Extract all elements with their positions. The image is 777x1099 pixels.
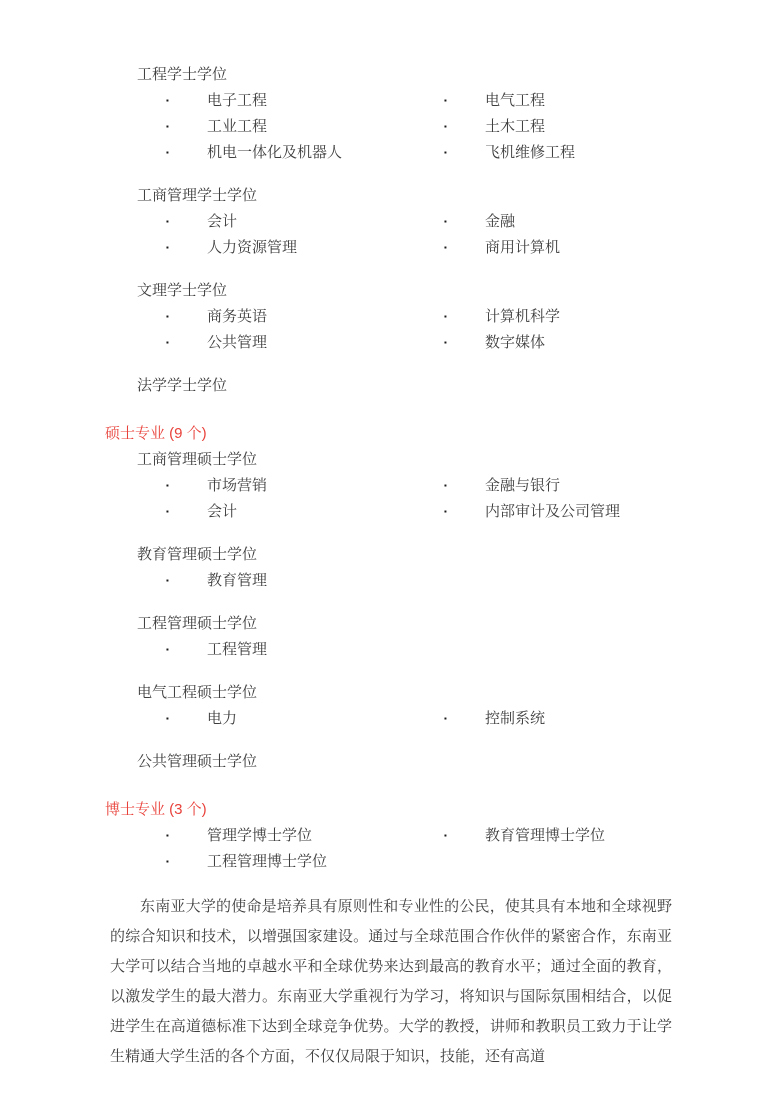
program-item: ▪ 商用计算机	[444, 235, 560, 261]
bullet-icon: ▪	[166, 304, 207, 330]
degree-title: 工程管理硕士学位	[137, 611, 777, 637]
degree-title: 公共管理硕士学位	[137, 749, 777, 775]
program-item: ▪ 会计	[166, 209, 444, 235]
master-section-heading: 硕士专业 (9 个)	[105, 421, 777, 447]
program-item: ▪ 市场营销	[166, 473, 444, 499]
program-label: 市场营销	[207, 473, 267, 499]
program-item: ▪ 数字媒体	[444, 330, 545, 356]
program-item: ▪ 土木工程	[444, 114, 545, 140]
doctoral-degrees-section: ▪ 管理学博士学位 ▪ 教育管理博士学位 ▪ 工程管理博士学位	[0, 823, 777, 875]
degree-group-arts-sciences-bachelor: 文理学士学位 ▪ 商务英语 ▪ 计算机科学 ▪ 公共管理 ▪ 数字媒体	[0, 278, 777, 356]
program-label: 金融与银行	[485, 473, 560, 499]
bullet-icon: ▪	[166, 706, 207, 732]
program-label: 工业工程	[207, 114, 267, 140]
bullet-icon: ▪	[444, 499, 485, 525]
program-label: 会计	[207, 499, 237, 525]
bullet-icon: ▪	[444, 330, 485, 356]
program-row: ▪ 电力 ▪ 控制系统	[166, 706, 777, 732]
program-row: ▪ 教育管理	[166, 568, 777, 594]
program-item: ▪ 人力资源管理	[166, 235, 444, 261]
bullet-icon: ▪	[166, 568, 207, 594]
bullet-icon: ▪	[444, 304, 485, 330]
degree-group-business-bachelor: 工商管理学士学位 ▪ 会计 ▪ 金融 ▪ 人力资源管理 ▪ 商用计算机	[0, 183, 777, 261]
program-row: ▪ 商务英语 ▪ 计算机科学	[166, 304, 777, 330]
bullet-icon: ▪	[444, 114, 485, 140]
program-label: 电子工程	[207, 88, 267, 114]
program-row: ▪ 工业工程 ▪ 土木工程	[166, 114, 777, 140]
program-label: 人力资源管理	[207, 235, 297, 261]
program-item: ▪ 计算机科学	[444, 304, 560, 330]
degree-title: 法学学士学位	[137, 373, 777, 399]
program-label: 内部审计及公司管理	[485, 499, 620, 525]
program-label: 土木工程	[485, 114, 545, 140]
bullet-icon: ▪	[166, 823, 207, 849]
program-item: ▪ 金融与银行	[444, 473, 560, 499]
degree-group-public-admin-master: 公共管理硕士学位	[0, 749, 777, 775]
program-item: ▪ 工程管理博士学位	[166, 849, 444, 875]
program-item: ▪ 教育管理	[166, 568, 444, 594]
degree-title: 工程学士学位	[137, 62, 777, 88]
program-item: ▪ 工程管理	[166, 637, 444, 663]
bullet-icon: ▪	[166, 209, 207, 235]
program-row: ▪ 工程管理博士学位	[166, 849, 777, 875]
degree-group-law-bachelor: 法学学士学位	[0, 373, 777, 399]
bullet-icon: ▪	[166, 114, 207, 140]
mission-paragraph: 东南亚大学的使命是培养具有原则性和专业性的公民，使其具有本地和全球视野的综合知识…	[110, 892, 672, 1072]
degree-title: 文理学士学位	[137, 278, 777, 304]
program-item: ▪ 控制系统	[444, 706, 545, 732]
program-item: ▪ 电气工程	[444, 88, 545, 114]
program-item: ▪ 公共管理	[166, 330, 444, 356]
bullet-icon: ▪	[166, 473, 207, 499]
bullet-icon: ▪	[444, 140, 485, 166]
program-label: 电力	[207, 706, 237, 732]
program-label: 电气工程	[485, 88, 545, 114]
program-item: ▪ 工业工程	[166, 114, 444, 140]
degree-group-mba: 工商管理硕士学位 ▪ 市场营销 ▪ 金融与银行 ▪ 会计 ▪ 内部审计及	[0, 447, 777, 525]
program-label: 教育管理	[207, 568, 267, 594]
program-row: ▪ 会计 ▪ 金融	[166, 209, 777, 235]
program-item: ▪ 教育管理博士学位	[444, 823, 605, 849]
program-label: 机电一体化及机器人	[207, 140, 342, 166]
program-label: 教育管理博士学位	[485, 823, 605, 849]
program-item: ▪ 商务英语	[166, 304, 444, 330]
bullet-icon: ▪	[166, 499, 207, 525]
program-label: 计算机科学	[485, 304, 560, 330]
degree-title: 工商管理硕士学位	[137, 447, 777, 473]
program-label: 商务英语	[207, 304, 267, 330]
program-item: ▪ 电力	[166, 706, 444, 732]
program-label: 飞机维修工程	[485, 140, 575, 166]
bullet-icon: ▪	[166, 88, 207, 114]
bullet-icon: ▪	[166, 637, 207, 663]
bullet-icon: ▪	[444, 235, 485, 261]
program-item: ▪ 机电一体化及机器人	[166, 140, 444, 166]
program-label: 金融	[485, 209, 515, 235]
program-item: ▪ 电子工程	[166, 88, 444, 114]
bullet-icon: ▪	[166, 140, 207, 166]
degree-group-education-master: 教育管理硕士学位 ▪ 教育管理	[0, 542, 777, 594]
program-row: ▪ 会计 ▪ 内部审计及公司管理	[166, 499, 777, 525]
program-item: ▪ 会计	[166, 499, 444, 525]
bullet-icon: ▪	[444, 706, 485, 732]
doctoral-section-heading: 博士专业 (3 个)	[105, 797, 777, 823]
program-item: ▪ 内部审计及公司管理	[444, 499, 620, 525]
program-item: ▪ 飞机维修工程	[444, 140, 575, 166]
program-label: 工程管理博士学位	[207, 849, 327, 875]
program-label: 公共管理	[207, 330, 267, 356]
program-label: 工程管理	[207, 637, 267, 663]
bullet-icon: ▪	[444, 473, 485, 499]
program-label: 管理学博士学位	[207, 823, 312, 849]
program-row: ▪ 工程管理	[166, 637, 777, 663]
degree-title: 教育管理硕士学位	[137, 542, 777, 568]
program-label: 控制系统	[485, 706, 545, 732]
bachelor-degrees-section: 工程学士学位 ▪ 电子工程 ▪ 电气工程 ▪ 工业工程 ▪ 土木工程	[0, 62, 777, 399]
program-row: ▪ 公共管理 ▪ 数字媒体	[166, 330, 777, 356]
program-item: ▪ 金融	[444, 209, 515, 235]
program-label: 会计	[207, 209, 237, 235]
program-row: ▪ 电子工程 ▪ 电气工程	[166, 88, 777, 114]
program-label: 商用计算机	[485, 235, 560, 261]
degree-group-engineering-bachelor: 工程学士学位 ▪ 电子工程 ▪ 电气工程 ▪ 工业工程 ▪ 土木工程	[0, 62, 777, 166]
bullet-icon: ▪	[444, 88, 485, 114]
document-page: 工程学士学位 ▪ 电子工程 ▪ 电气工程 ▪ 工业工程 ▪ 土木工程	[0, 0, 777, 1099]
program-label: 数字媒体	[485, 330, 545, 356]
program-row: ▪ 管理学博士学位 ▪ 教育管理博士学位	[166, 823, 777, 849]
degree-group-electrical-master: 电气工程硕士学位 ▪ 电力 ▪ 控制系统	[0, 680, 777, 732]
program-row: ▪ 人力资源管理 ▪ 商用计算机	[166, 235, 777, 261]
program-row: ▪ 机电一体化及机器人 ▪ 飞机维修工程	[166, 140, 777, 166]
bullet-icon: ▪	[444, 209, 485, 235]
bullet-icon: ▪	[444, 823, 485, 849]
program-row: ▪ 市场营销 ▪ 金融与银行	[166, 473, 777, 499]
degree-group-engineering-management-master: 工程管理硕士学位 ▪ 工程管理	[0, 611, 777, 663]
bullet-icon: ▪	[166, 330, 207, 356]
master-degrees-section: 工商管理硕士学位 ▪ 市场营销 ▪ 金融与银行 ▪ 会计 ▪ 内部审计及	[0, 447, 777, 775]
degree-title: 电气工程硕士学位	[137, 680, 777, 706]
degree-title: 工商管理学士学位	[137, 183, 777, 209]
program-item: ▪ 管理学博士学位	[166, 823, 444, 849]
bullet-icon: ▪	[166, 849, 207, 875]
bullet-icon: ▪	[166, 235, 207, 261]
